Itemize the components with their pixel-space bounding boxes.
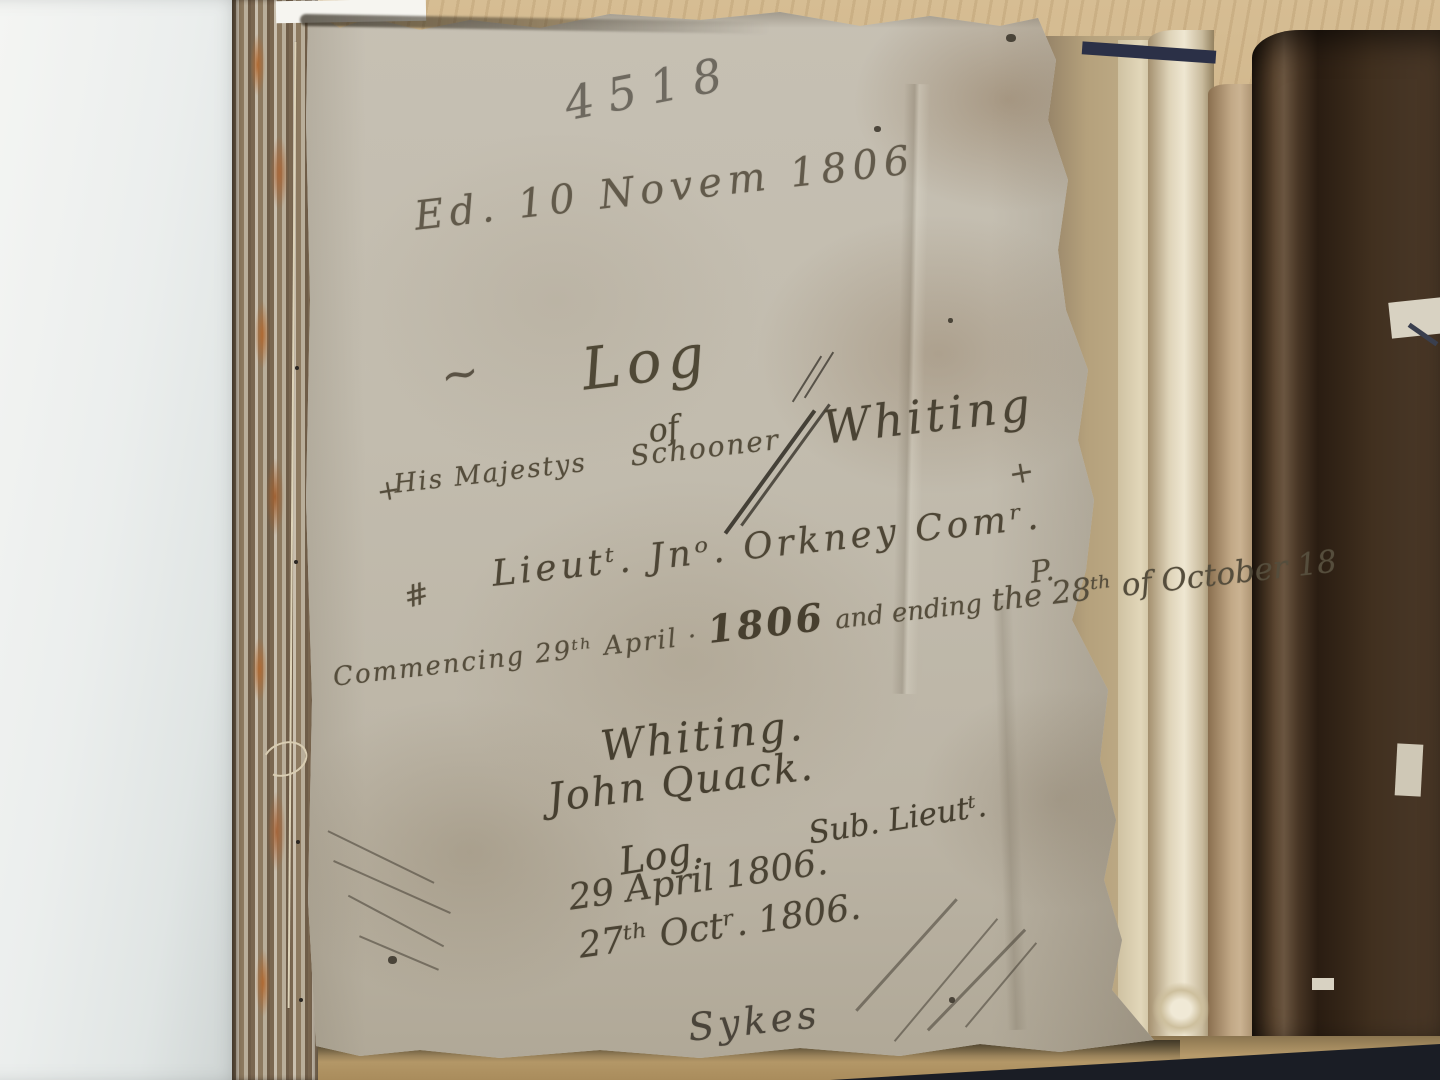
leather-bound-book xyxy=(1252,30,1440,1050)
rolled-paper-end xyxy=(1152,982,1210,1036)
torn-spine-binding xyxy=(232,0,318,1080)
stitch-hole xyxy=(294,560,298,564)
photograph-logbook-cover: 4518 Ed. 10 Novem 1806 ~ Log of His Maje… xyxy=(0,0,1440,1080)
ink-speck xyxy=(948,318,953,323)
white-paper-tab xyxy=(1388,297,1440,338)
stitch-hole xyxy=(295,366,299,370)
ink-speck xyxy=(874,126,881,132)
left-flyleaf-page xyxy=(0,0,246,1080)
ink-speck xyxy=(1006,34,1016,42)
white-paper-tab xyxy=(1312,978,1334,990)
white-paper-tab xyxy=(1395,743,1424,796)
stitch-hole xyxy=(296,840,300,844)
stitch-hole xyxy=(299,998,303,1002)
ink-speck xyxy=(388,956,397,964)
rolled-paper-cream xyxy=(1148,30,1214,1048)
